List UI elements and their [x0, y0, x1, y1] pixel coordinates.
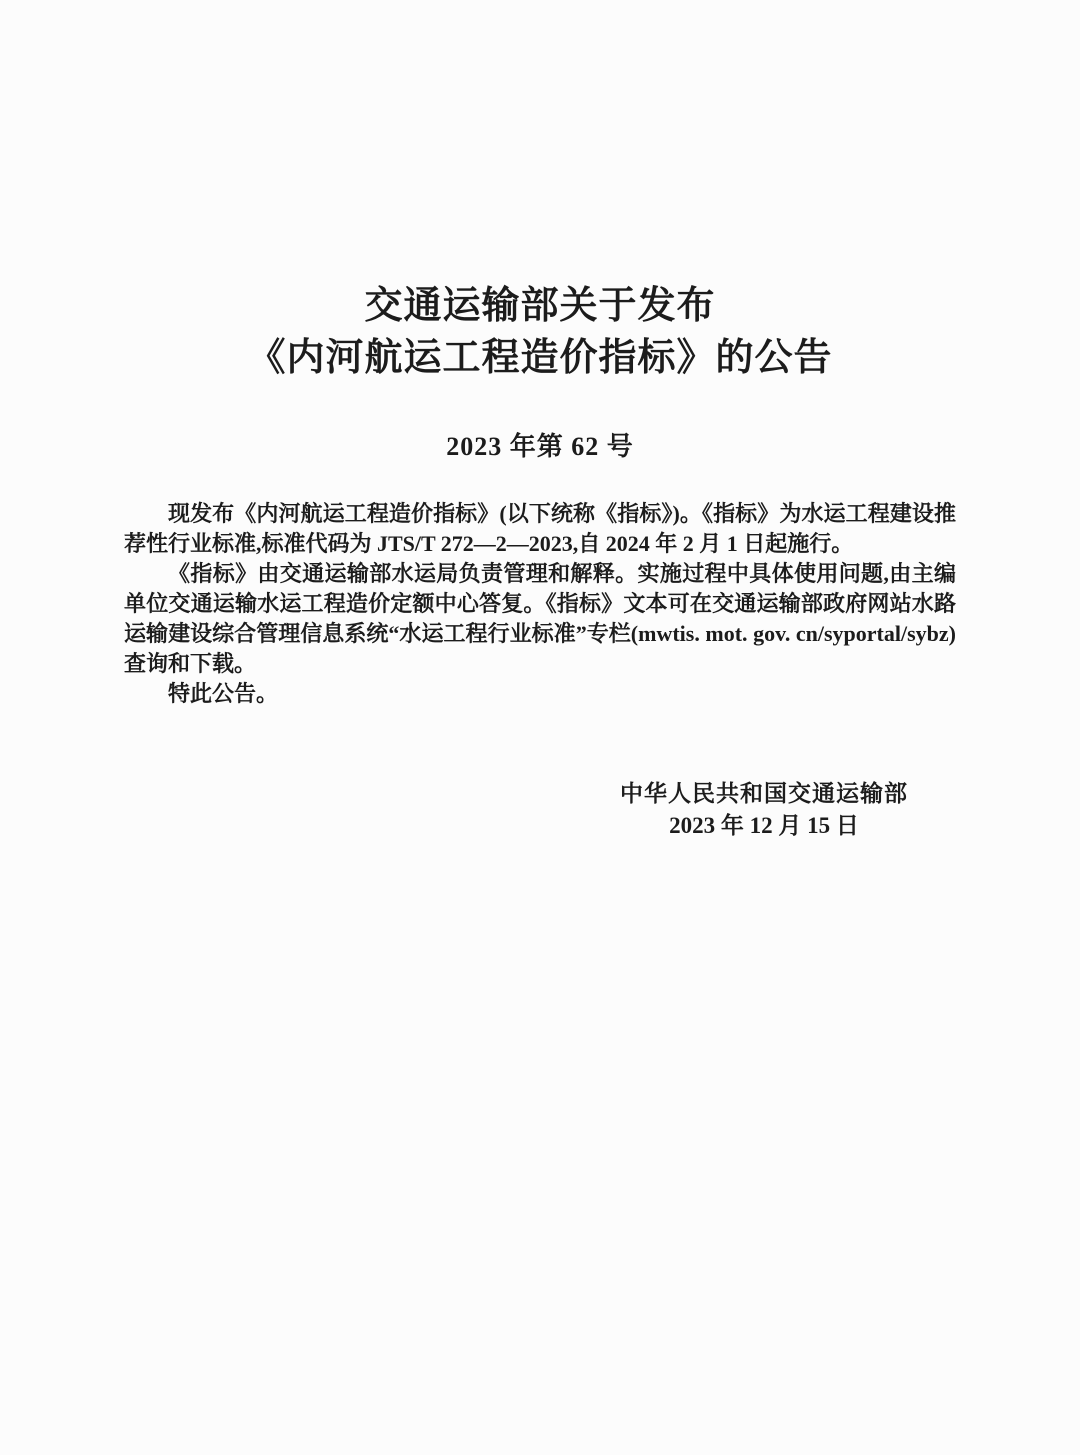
signature-issuer: 中华人民共和国交通运输部	[620, 779, 908, 807]
signature-block: 中华人民共和国交通运输部 2023 年 12 月 15 日	[620, 779, 908, 841]
title-line-1: 交通运输部关于发布	[0, 280, 1080, 332]
body-paragraph: 《指标》由交通运输部水运局负责管理和解释。实施过程中具体使用问题,由主编单位交通…	[124, 559, 956, 679]
signature-date: 2023 年 12 月 15 日	[669, 811, 859, 841]
body-paragraph: 现发布《内河航运工程造价指标》(以下统称《指标》)。《指标》为水运工程建设推荐性…	[124, 499, 956, 559]
title-line-2: 《内河航运工程造价指标》的公告	[0, 332, 1080, 384]
body-paragraph: 特此公告。	[124, 679, 956, 709]
announcement-title: 交通运输部关于发布 《内河航运工程造价指标》的公告	[0, 0, 1080, 384]
document-number: 2023 年第 62 号	[0, 426, 1080, 463]
announcement-body: 现发布《内河航运工程造价指标》(以下统称《指标》)。《指标》为水运工程建设推荐性…	[124, 499, 956, 709]
document-page: 交通运输部关于发布 《内河航运工程造价指标》的公告 2023 年第 62 号 现…	[0, 0, 1080, 1455]
